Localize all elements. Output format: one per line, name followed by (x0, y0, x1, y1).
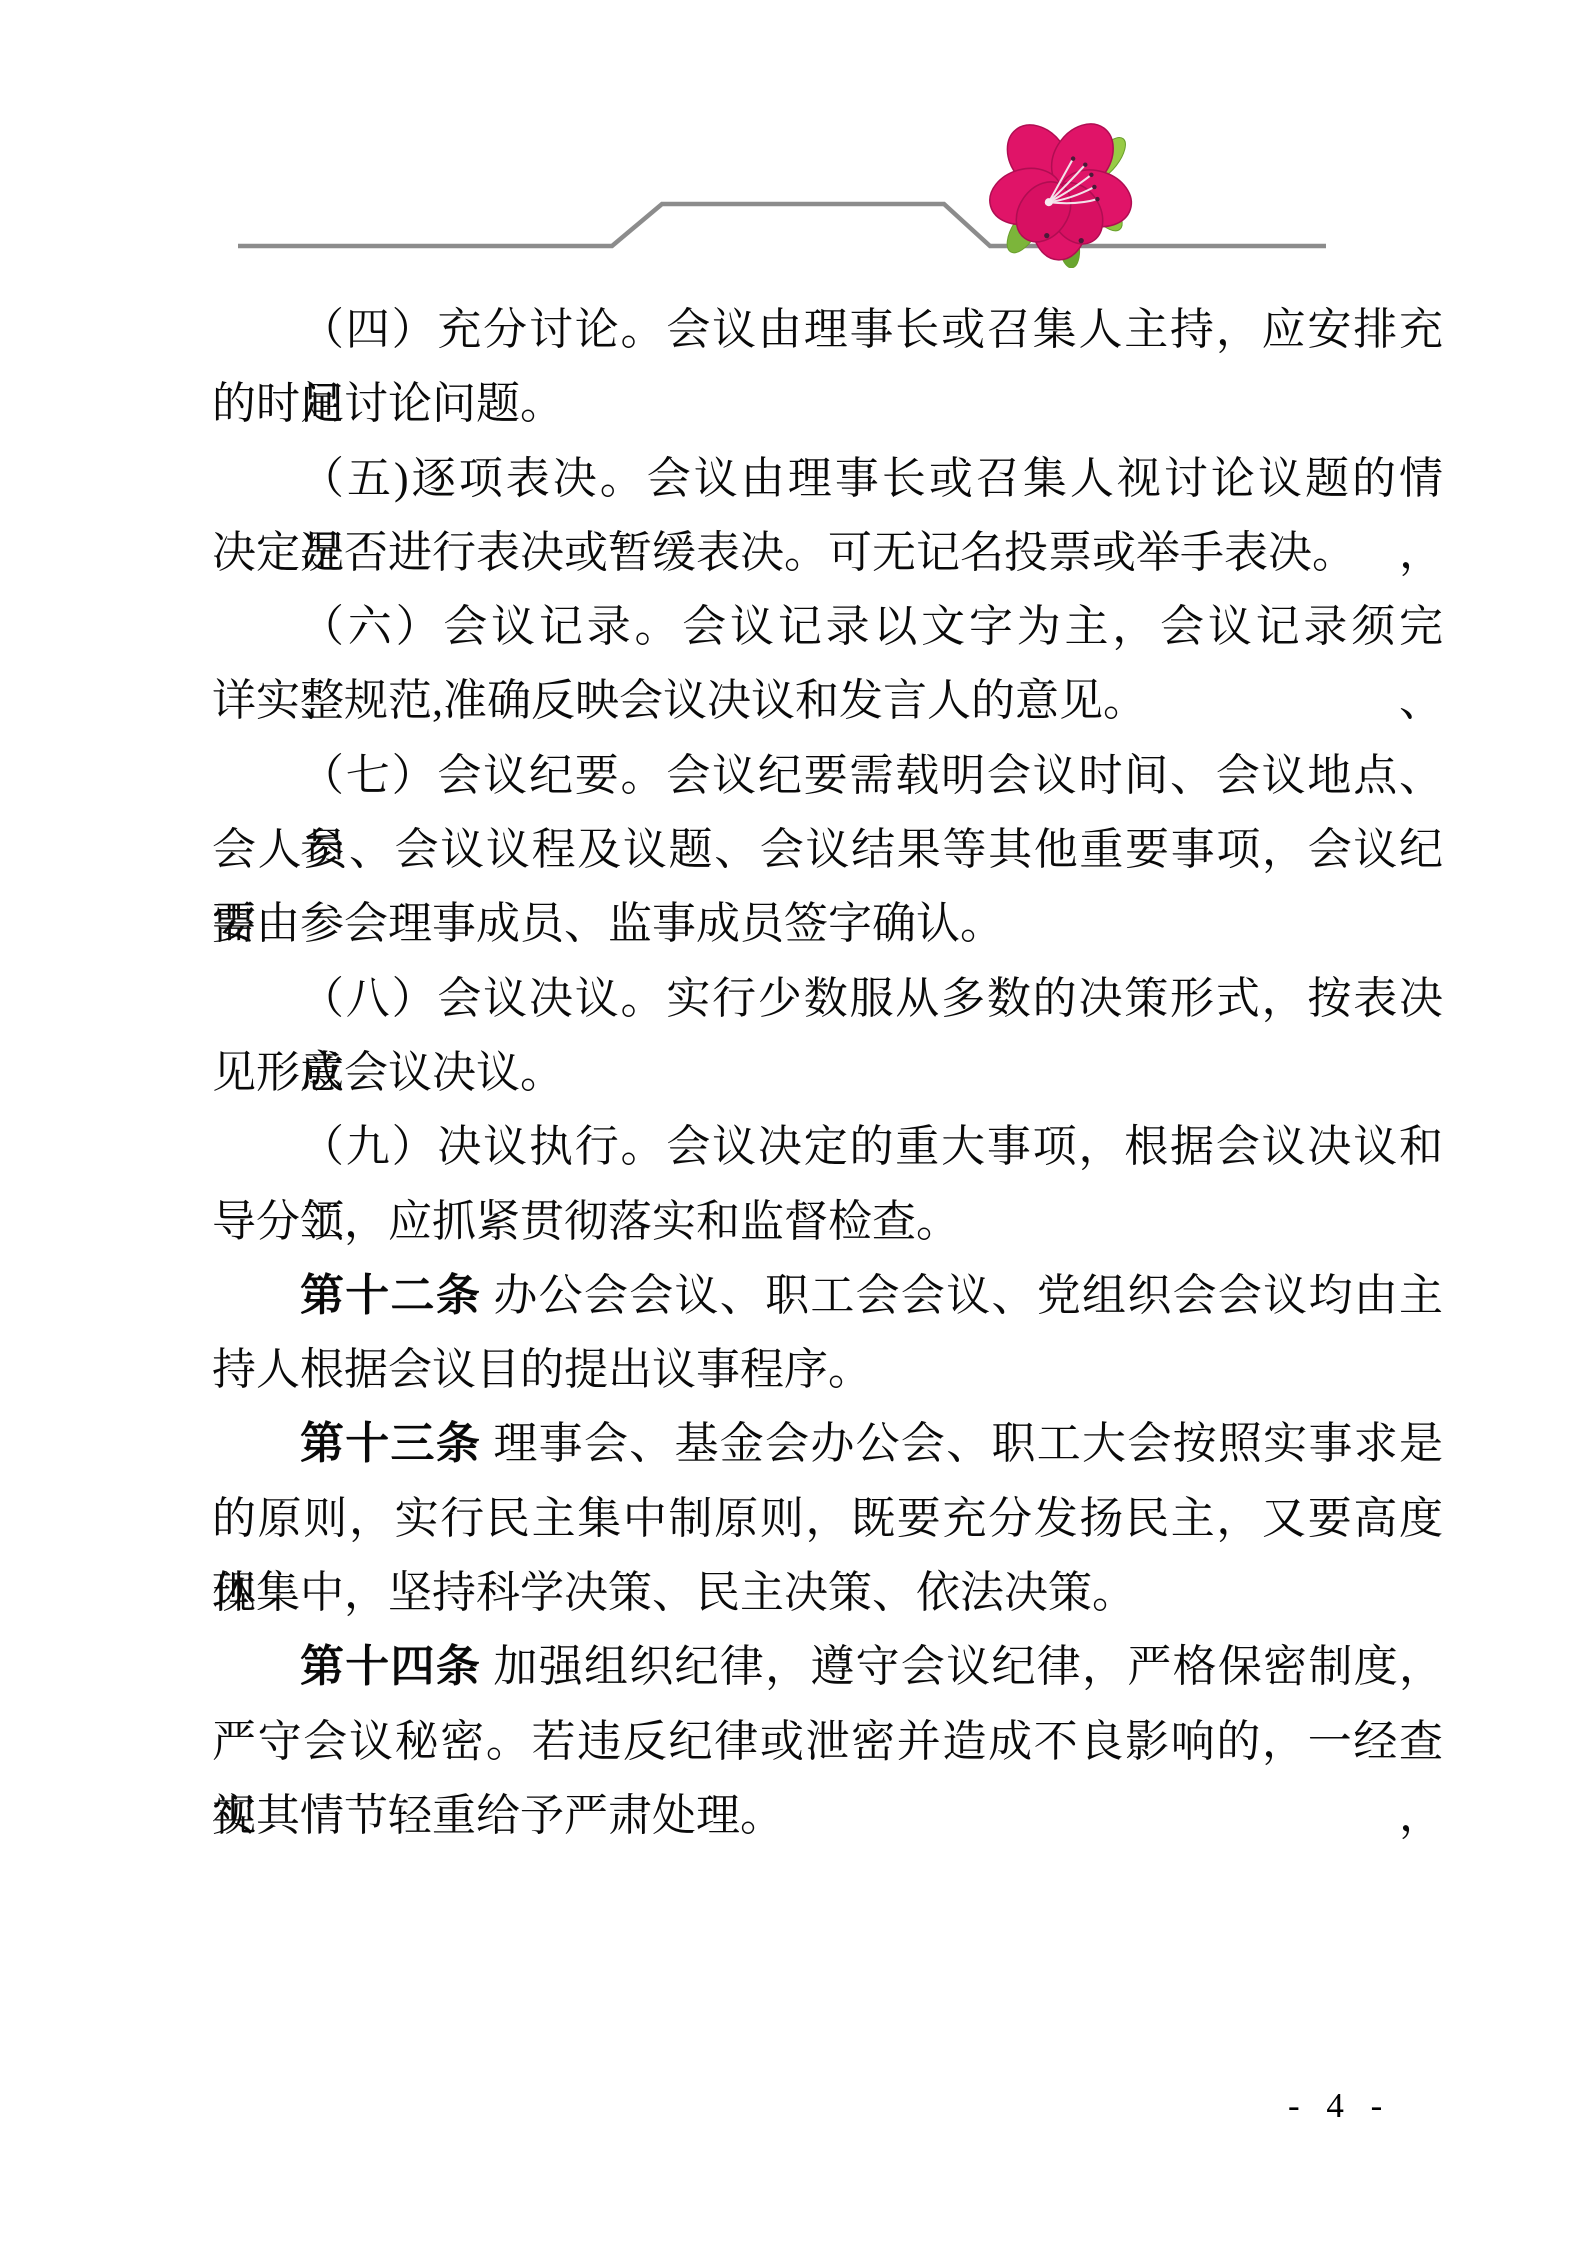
text-line: 第十二条 办公会会议、职工会会议、党组织会会议均由主 (212, 1259, 1443, 1333)
text-line: 的原则，实行民主集中制原则，既要充分发扬民主，又要高度体 (212, 1482, 1443, 1556)
article-number: 第十二条 (300, 1271, 481, 1320)
document-page: Azalea|索玛花 四川省索玛慈善基金会 (0, 0, 1587, 2245)
text-line: 会人员、会议议程及议题、会议结果等其他重要事项，会议纪要 (212, 813, 1443, 887)
page-number: - 4 - (1288, 2086, 1385, 2126)
text-line: 决定是否进行表决或暂缓表决。可无记名投票或举手表决。 (212, 516, 1443, 590)
text-run: 详实、规范,准确反映会议决议和发言人的意见。 (212, 676, 1147, 725)
text-run: 持人根据会议目的提出议事程序。 (212, 1345, 872, 1394)
text-run: 加强组织纪律，遵守会议纪律，严格保密制度， (481, 1642, 1443, 1691)
text-run: 的时间讨论问题。 (212, 379, 564, 428)
text-run: 办公会会议、职工会会议、党组织会会议均由主 (481, 1271, 1443, 1320)
text-line: （八）会议决议。实行少数服从多数的决策形式，按表决意 (212, 962, 1443, 1036)
text-line: 见形成会议决议。 (212, 1036, 1443, 1110)
text-run: 理事会、基金会办公会、职工大会按照实事求是 (481, 1419, 1443, 1468)
text-line: （六）会议记录。会议记录以文字为主，会议记录须完整、 (212, 590, 1443, 664)
header-rule (0, 0, 1587, 300)
document-body: （四）充分讨论。会议由理事长或召集人主持，应安排充足的时间讨论问题。（五)逐项表… (212, 293, 1443, 1853)
azalea-flower-icon (988, 106, 1140, 268)
text-line: 第十三条 理事会、基金会办公会、职工大会按照实事求是 (212, 1407, 1443, 1481)
text-line: 导分工，应抓紧贯彻落实和监督检查。 (212, 1185, 1443, 1259)
article-number: 第十三条 (300, 1419, 481, 1468)
text-line: 现集中，坚持科学决策、民主决策、依法决策。 (212, 1556, 1443, 1630)
text-line: 的时间讨论问题。 (212, 367, 1443, 441)
text-line: 严守会议秘密。若违反纪律或泄密并造成不良影响的，一经查实， (212, 1705, 1443, 1779)
text-run: 现集中，坚持科学决策、民主决策、依法决策。 (212, 1568, 1136, 1617)
article-number: 第十四条 (300, 1642, 481, 1691)
text-line: （五)逐项表决。会议由理事长或召集人视讨论议题的情况， (212, 442, 1443, 516)
text-line: 持人根据会议目的提出议事程序。 (212, 1333, 1443, 1407)
text-run: 导分工，应抓紧贯彻落实和监督检查。 (212, 1197, 960, 1246)
text-line: （四）充分讨论。会议由理事长或召集人主持，应安排充足 (212, 293, 1443, 367)
text-run: 见形成会议决议。 (212, 1048, 564, 1097)
text-line: （七）会议纪要。会议纪要需载明会议时间、会议地点、参 (212, 739, 1443, 813)
text-run: 决定是否进行表决或暂缓表决。可无记名投票或举手表决。 (212, 528, 1356, 577)
text-line: （九）决议执行。会议决定的重大事项，根据会议决议和领 (212, 1110, 1443, 1184)
text-run: 视其情节轻重给予严肃处理。 (212, 1791, 784, 1840)
text-line: 需由参会理事成员、监事成员签字确认。 (212, 887, 1443, 961)
text-run: 需由参会理事成员、监事成员签字确认。 (212, 899, 1004, 948)
text-line: 第十四条 加强组织纪律，遵守会议纪律，严格保密制度， (212, 1630, 1443, 1704)
